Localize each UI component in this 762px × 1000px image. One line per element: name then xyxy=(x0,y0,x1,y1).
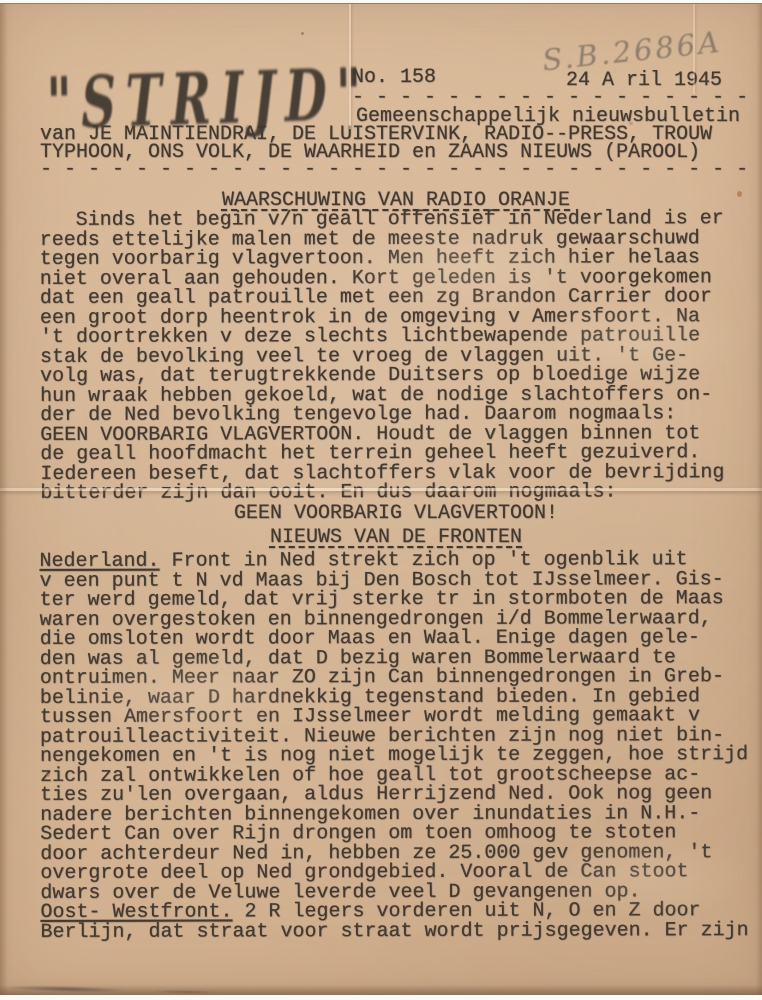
warning-paragraph: Sinds het begin v/n geall offensief in N… xyxy=(40,209,755,503)
typed-dash-rule-full: - - - - - - - - - - - - - - - - - - - - … xyxy=(40,160,748,180)
fronts-paragraph: Nederland. Front in Ned strekt zich op '… xyxy=(39,550,754,942)
paper-speck xyxy=(301,32,304,35)
section-heading-fronts: NIEUWS VAN DE FRONTEN xyxy=(40,528,752,548)
scanned-page-background: S.B.2686A "STRIJD" No. 158 24 A ril 1945… xyxy=(0,0,762,1000)
slogan-line: GEEN VOORBARIG VLAGVERTOON! xyxy=(40,504,752,524)
paper-edge-shadow-right xyxy=(756,4,762,995)
text-line: bitterder zijn dan ooit. En dus daarom n… xyxy=(40,482,754,503)
text-line: Berlijn, dat straat voor straat wordt pr… xyxy=(40,921,754,942)
issue-number: No. 158 xyxy=(352,68,436,88)
paper-edge-shadow-left xyxy=(0,4,8,995)
newsletter-page: S.B.2686A "STRIJD" No. 158 24 A ril 1945… xyxy=(0,3,762,995)
paper-edge-shadow-bottom xyxy=(0,985,762,995)
